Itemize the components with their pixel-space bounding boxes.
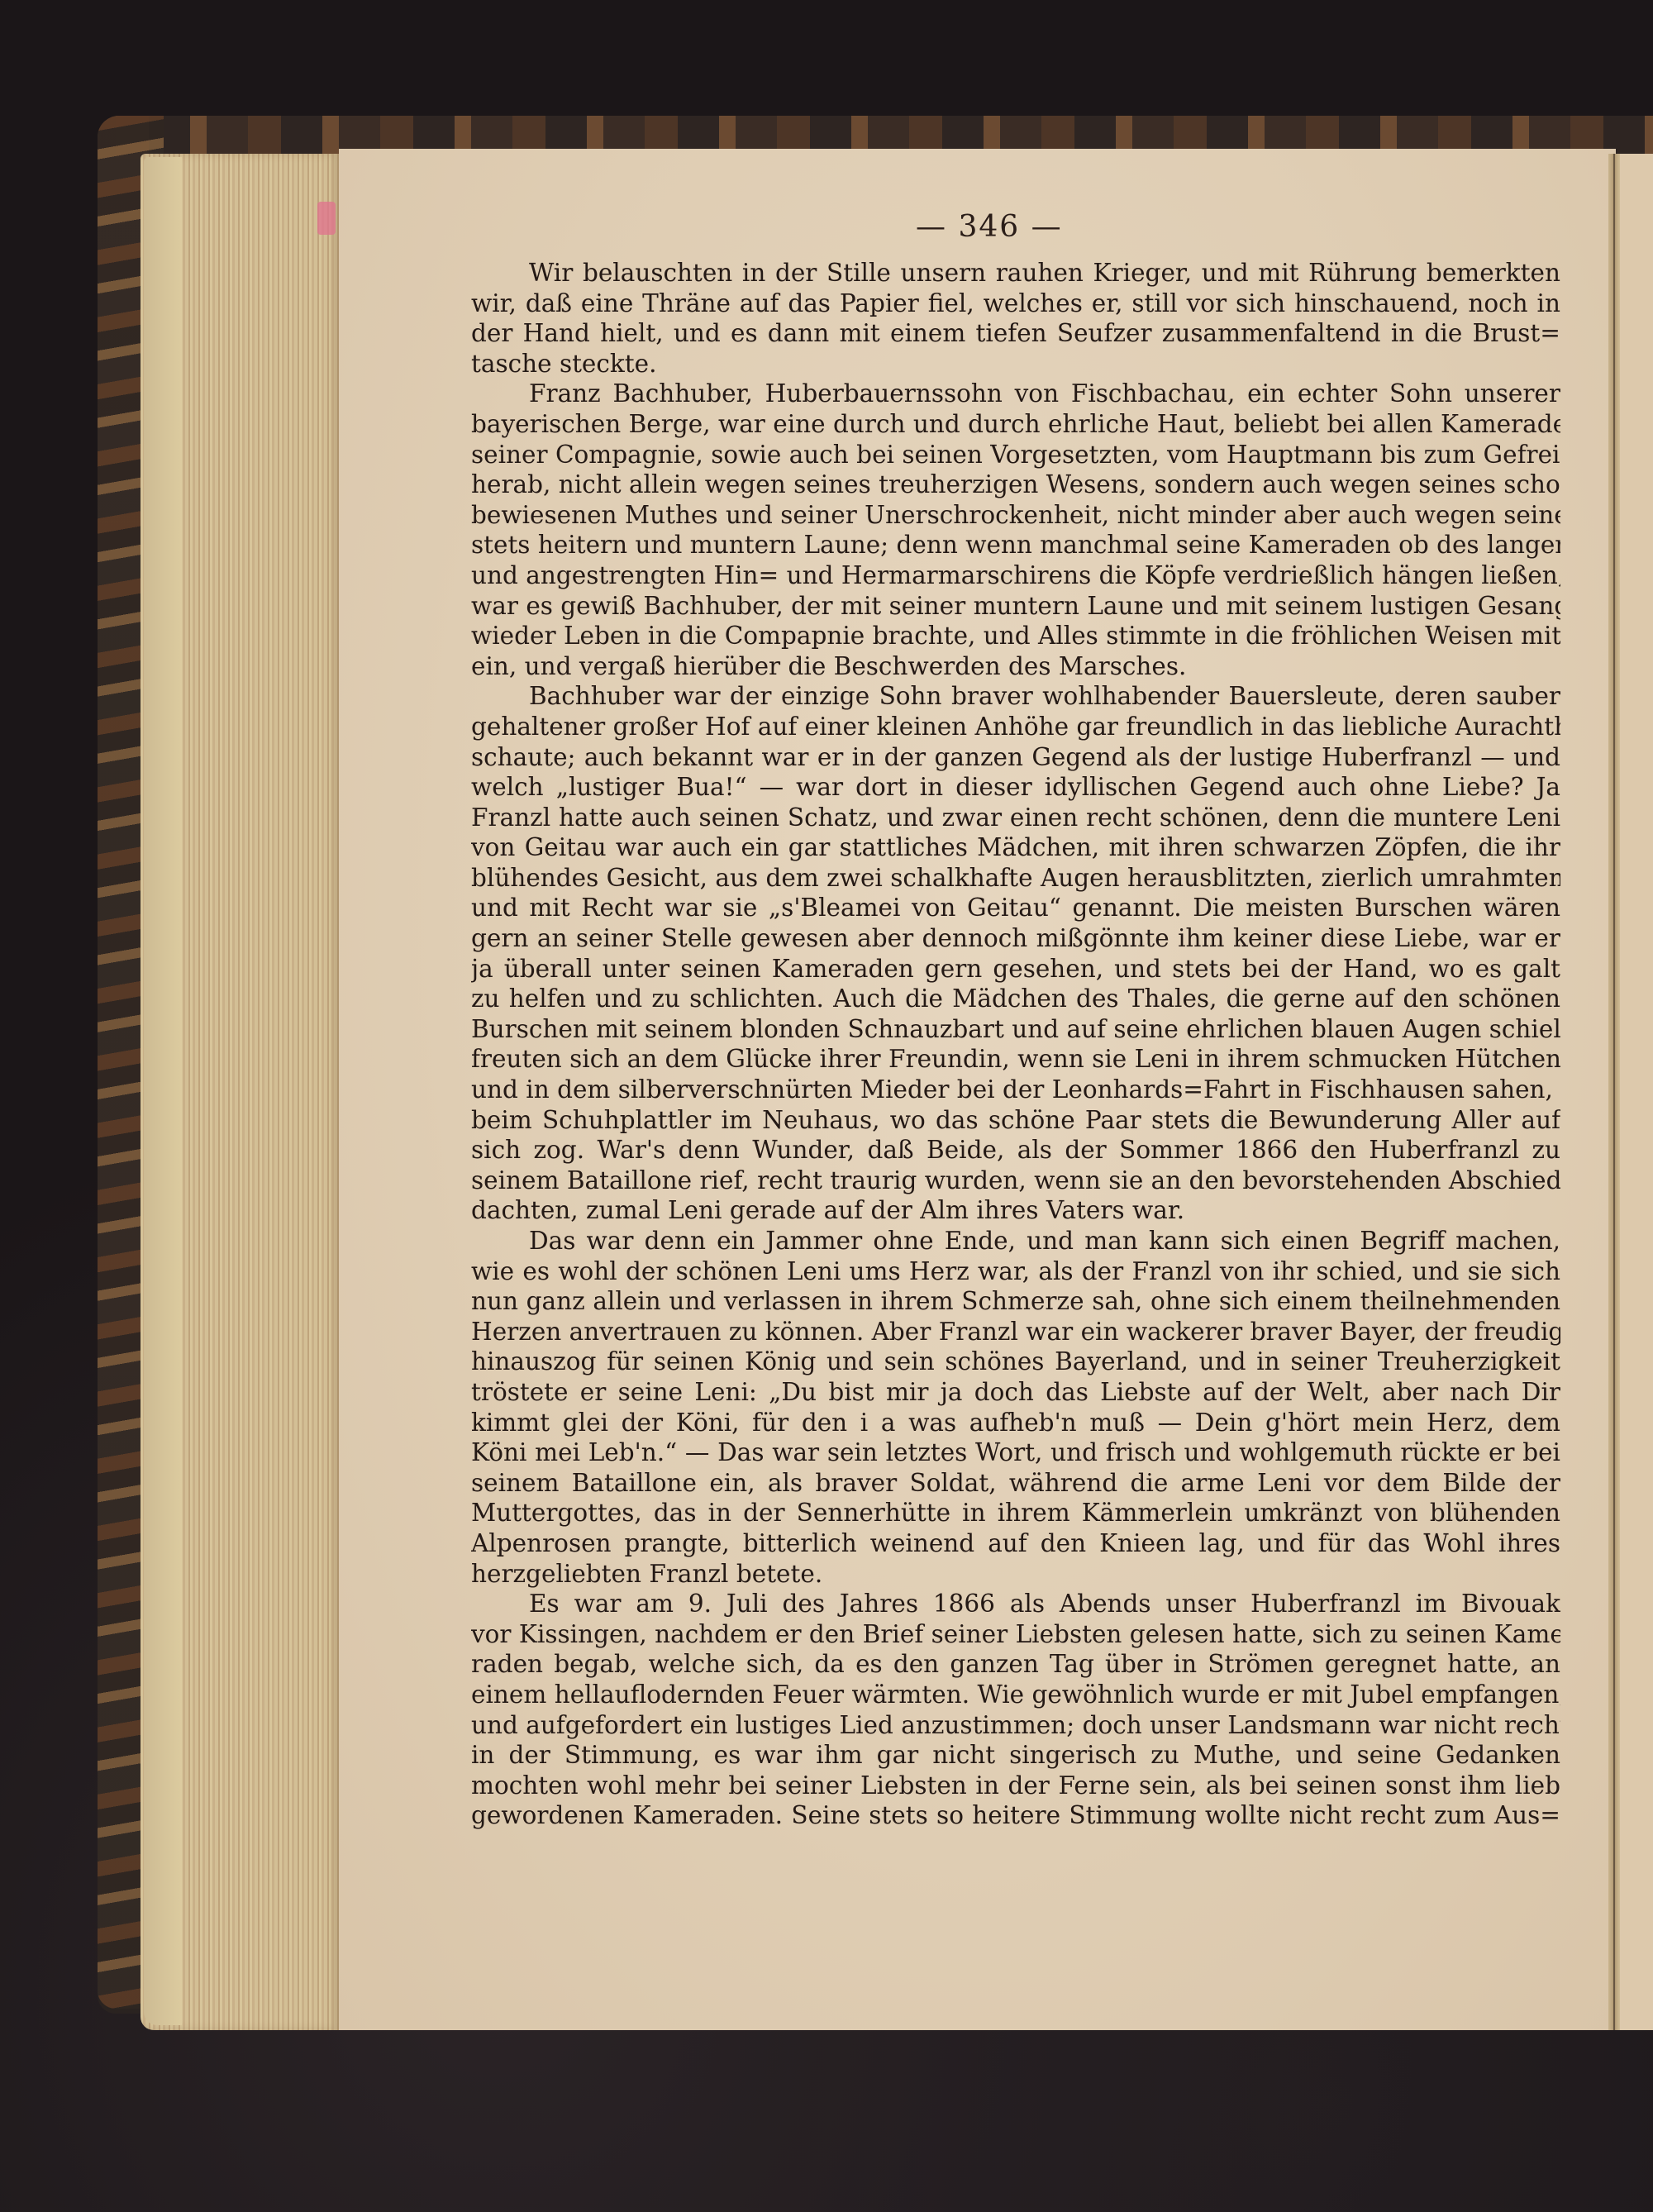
text-line: wieder Leben in die Compapnie brachte, u… bbox=[471, 621, 1560, 651]
paragraph: Franz Bachhuber, Huberbauernssohn von Fi… bbox=[471, 379, 1560, 681]
text-line: beim Schuhplattler im Neuhaus, wo das sc… bbox=[471, 1105, 1560, 1136]
text-line: mochten wohl mehr bei seiner Liebsten in… bbox=[471, 1771, 1560, 1801]
paragraph: Es war am 9. Juli des Jahres 1866 als Ab… bbox=[471, 1589, 1560, 1831]
text-line: wie es wohl der schönen Leni ums Herz wa… bbox=[471, 1256, 1560, 1287]
page-gutter bbox=[1608, 154, 1620, 2030]
text-line: nun ganz allein und verlassen in ihrem S… bbox=[471, 1286, 1560, 1317]
text-line: hinauszog für seinen König und sein schö… bbox=[471, 1347, 1560, 1377]
text-line: gewordenen Kameraden. Seine stets so hei… bbox=[471, 1800, 1560, 1831]
text-line: tröstete er seine Leni: „Du bist mir ja … bbox=[471, 1377, 1560, 1408]
text-line: und angestrengten Hin= und Hermarmarschi… bbox=[471, 560, 1560, 591]
text-line: in der Stimmung, es war ihm gar nicht si… bbox=[471, 1740, 1560, 1771]
text-line: freuten sich an dem Glücke ihrer Freundi… bbox=[471, 1044, 1560, 1075]
text-line: seinem Bataillone ein, als braver Soldat… bbox=[471, 1468, 1560, 1499]
text-line: Muttergottes, das in der Sennerhütte in … bbox=[471, 1498, 1560, 1528]
text-line: tasche steckte. bbox=[471, 349, 1560, 379]
text-line: Es war am 9. Juli des Jahres 1866 als Ab… bbox=[471, 1589, 1560, 1619]
text-line: Wir belauschten in der Stille unsern rau… bbox=[471, 258, 1560, 288]
text-line: und aufgefordert ein lustiges Lied anzus… bbox=[471, 1710, 1560, 1741]
text-line: Herzen anvertrauen zu können. Aber Franz… bbox=[471, 1317, 1560, 1347]
text-line: bewiesenen Muthes und seiner Unerschrock… bbox=[471, 500, 1560, 531]
text-line: gern an seiner Stelle gewesen aber denno… bbox=[471, 923, 1560, 954]
text-line: blühendes Gesicht, aus dem zwei schalkha… bbox=[471, 863, 1560, 894]
text-line: dachten, zumal Leni gerade auf der Alm i… bbox=[471, 1195, 1560, 1226]
text-line: herab, nicht allein wegen seines treuher… bbox=[471, 470, 1560, 500]
text-line: Bachhuber war der einzige Sohn braver wo… bbox=[471, 681, 1560, 712]
pink-stain-mark bbox=[317, 202, 336, 235]
body-text: Wir belauschten in der Stille unsern rau… bbox=[471, 258, 1560, 1831]
text-line: sich zog. War's denn Wunder, daß Beide, … bbox=[471, 1135, 1560, 1166]
text-line: Franz Bachhuber, Huberbauernssohn von Fi… bbox=[471, 379, 1560, 409]
text-line: von Geitau war auch ein gar stattliches … bbox=[471, 832, 1560, 863]
text-line: gehaltener großer Hof auf einer kleinen … bbox=[471, 712, 1560, 742]
text-line: bayerischen Berge, war eine durch und du… bbox=[471, 409, 1560, 440]
paragraph: Bachhuber war der einzige Sohn braver wo… bbox=[471, 681, 1560, 1226]
text-line: und mit Recht war sie „s'Bleamei von Gei… bbox=[471, 893, 1560, 923]
text-line: zu helfen und zu schlichten. Auch die Mä… bbox=[471, 984, 1560, 1014]
text-line: und in dem silberverschnürten Mieder bei… bbox=[471, 1075, 1560, 1105]
facing-page-sliver bbox=[1620, 154, 1653, 2030]
page-edges-front bbox=[144, 157, 182, 2025]
text-line: herzgeliebten Franzl betete. bbox=[471, 1559, 1560, 1590]
text-line: stets heitern und muntern Laune; denn we… bbox=[471, 530, 1560, 560]
text-line: Alpenrosen prangte, bitterlich weinend a… bbox=[471, 1528, 1560, 1559]
text-line: Das war denn ein Jammer ohne Ende, und m… bbox=[471, 1226, 1560, 1256]
text-line: Burschen mit seinem blonden Schnauzbart … bbox=[471, 1014, 1560, 1045]
text-line: war es gewiß Bachhuber, der mit seiner m… bbox=[471, 591, 1560, 622]
text-line: welch „lustiger Bua!“ — war dort in dies… bbox=[471, 772, 1560, 803]
text-line: schaute; auch bekannt war er in der ganz… bbox=[471, 742, 1560, 773]
text-line: Franzl hatte auch seinen Schatz, und zwa… bbox=[471, 803, 1560, 833]
text-line: raden begab, welche sich, da es den ganz… bbox=[471, 1649, 1560, 1680]
page-number: — 346 — bbox=[916, 210, 1063, 244]
text-line: vor Kissingen, nachdem er den Brief sein… bbox=[471, 1619, 1560, 1650]
text-line: ein, und vergaß hierüber die Beschwerden… bbox=[471, 651, 1560, 682]
text-line: seinem Bataillone rief, recht traurig wu… bbox=[471, 1166, 1560, 1196]
text-line: ja überall unter seinen Kameraden gern g… bbox=[471, 954, 1560, 984]
paragraph: Das war denn ein Jammer ohne Ende, und m… bbox=[471, 1226, 1560, 1589]
text-line: kimmt glei der Köni, für den i a was auf… bbox=[471, 1408, 1560, 1438]
text-line: Köni mei Leb'n.“ — Das war sein letztes … bbox=[471, 1437, 1560, 1468]
text-line: der Hand hielt, und es dann mit einem ti… bbox=[471, 318, 1560, 349]
text-line: einem hellauflodernden Feuer wärmten. Wi… bbox=[471, 1680, 1560, 1710]
paragraph: Wir belauschten in der Stille unsern rau… bbox=[471, 258, 1560, 379]
text-line: wir, daß eine Thräne auf das Papier fiel… bbox=[471, 288, 1560, 319]
text-line: seiner Compagnie, sowie auch bei seinen … bbox=[471, 440, 1560, 470]
